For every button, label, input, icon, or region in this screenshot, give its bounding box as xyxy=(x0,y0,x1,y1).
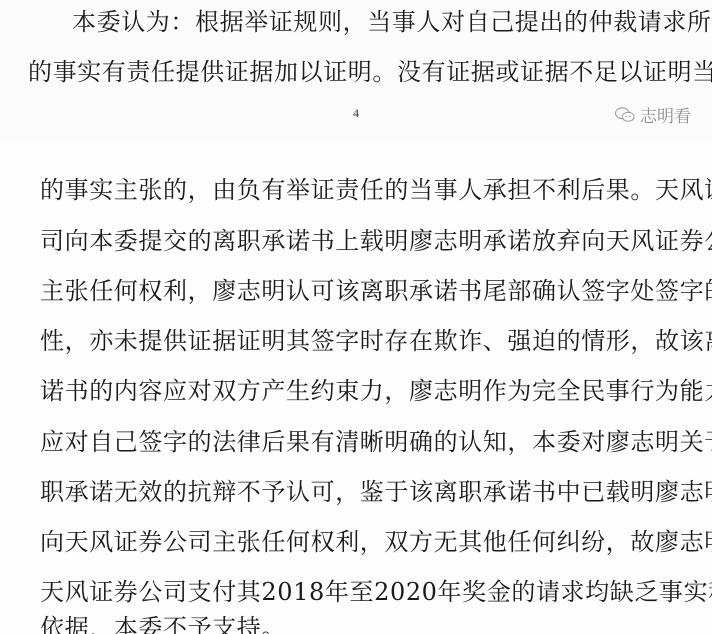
paragraph-line: 天风证券公司支付其2018年至2020年奖金的请求均缺乏事实和法律 xyxy=(40,578,712,606)
document-page-bottom: 的事实主张的，由负有举证责任的当事人承担不利后果。天风证券公 司向本委提交的离职… xyxy=(0,140,712,634)
paragraph-line: 的事实主张的，由负有举证责任的当事人承担不利后果。天风证券公 xyxy=(40,176,712,204)
paragraph-line: 本委认为：根据举证规则，当事人对自己提出的仲裁请求所依据 xyxy=(72,8,712,36)
page-number: 4 xyxy=(353,106,359,121)
paragraph-line: 职承诺无效的抗辩不予认可，鉴于该离职承诺书中已载明廖志明不再 xyxy=(40,478,712,506)
paragraph-line: 诺书的内容应对双方产生约束力，廖志明作为完全民事行为能力人亦 xyxy=(40,377,712,405)
paragraph-line: 主张任何权利，廖志明认可该离职承诺书尾部确认签字处签字的真实 xyxy=(40,277,712,305)
watermark-text: 志明看 xyxy=(640,102,691,127)
paragraph-line: 的事实有责任提供证据加以证明。没有证据或证据不足以证明当事人 xyxy=(28,58,712,86)
paragraph-line: 应对自己签字的法律后果有清晰明确的认知，本委对廖志明关于该离 xyxy=(40,428,712,456)
paragraph-line: 向天风证券公司主张任何权利，双方无其他任何纠纷，故廖志明要求 xyxy=(40,528,712,556)
wechat-icon xyxy=(614,106,636,124)
paragraph-line: 性，亦未提供证据证明其签字时存在欺诈、强迫的情形，故该离职承 xyxy=(40,327,712,355)
paragraph-line: 司向本委提交的离职承诺书上载明廖志明承诺放弃向天风证券公司 xyxy=(40,227,712,255)
watermark: 志明看 xyxy=(614,102,691,127)
document-page-top: 本委认为：根据举证规则，当事人对自己提出的仲裁请求所依据 的事实有责任提供证据加… xyxy=(0,0,712,140)
paragraph-line: 依据，本委不予支持。 xyxy=(40,614,286,634)
